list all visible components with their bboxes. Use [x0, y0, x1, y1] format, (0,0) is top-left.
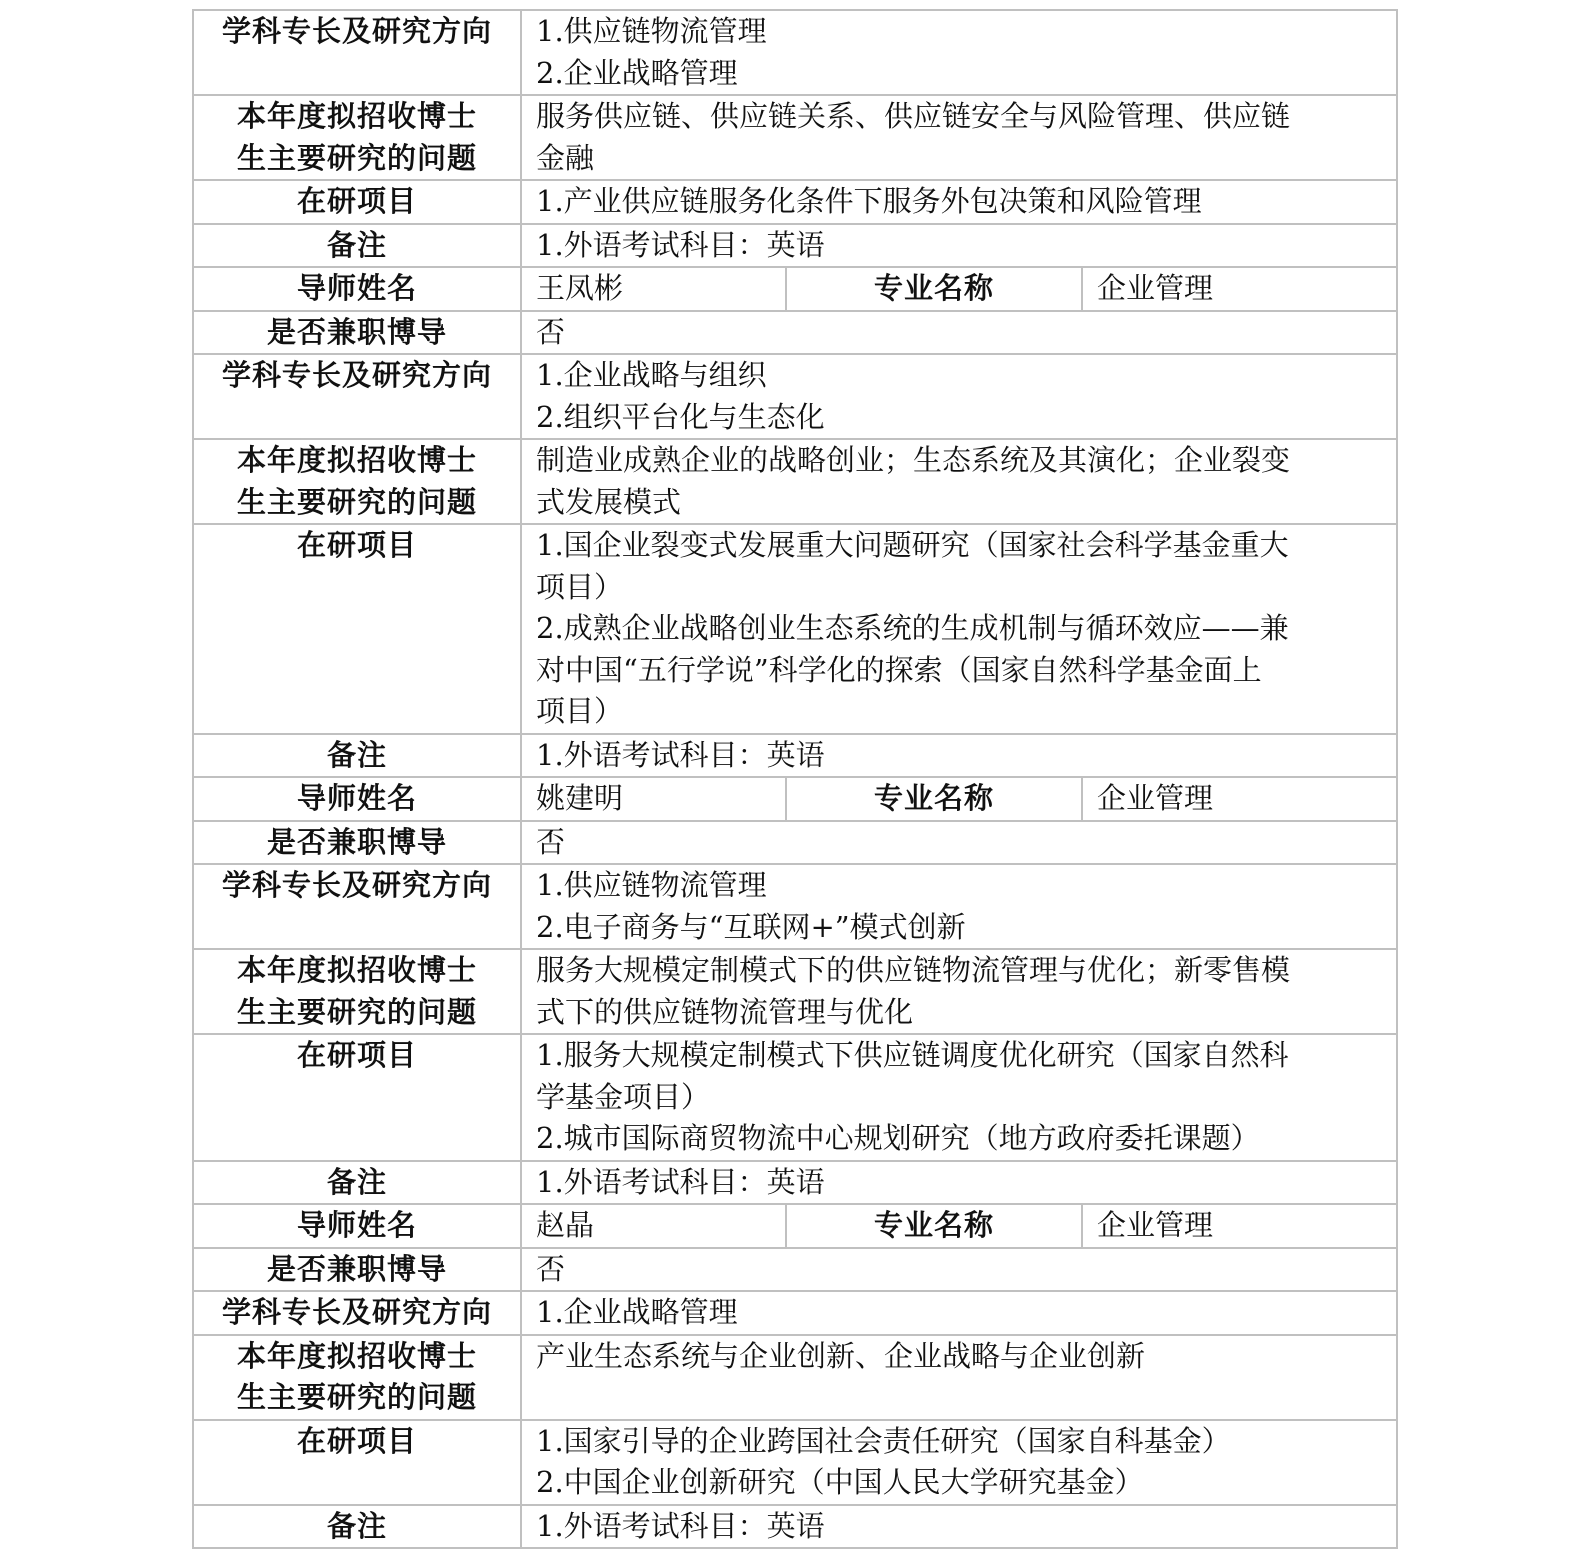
value-line: 2.城市国际商贸物流中心规划研究（地方政府委托课题）	[536, 1118, 1382, 1160]
table-row: 在研项目 1.产业供应链服务化条件下服务外包决策和风险管理	[193, 180, 1397, 224]
table-row: 学科专长及研究方向 1.供应链物流管理 2.企业战略管理	[193, 10, 1397, 95]
research-direction-label: 学科专长及研究方向	[193, 10, 521, 95]
table-row: 学科专长及研究方向 1.供应链物流管理 2.电子商务与“互联网+”模式创新	[193, 864, 1397, 949]
table-row: 导师姓名 姚建明 专业名称 企业管理	[193, 777, 1397, 821]
table-row: 是否兼职博导 否	[193, 311, 1397, 355]
ongoing-projects-label: 在研项目	[193, 524, 521, 734]
supervisor-name-value: 姚建明	[521, 777, 786, 821]
value-line: 1.国家引导的企业跨国社会责任研究（国家自科基金）	[536, 1421, 1382, 1463]
table-row: 备注 1.外语考试科目：英语	[193, 1505, 1397, 1549]
table-row: 学科专长及研究方向 1.企业战略管理	[193, 1291, 1397, 1335]
table-row: 是否兼职博导 否	[193, 821, 1397, 865]
remarks-value: 1.外语考试科目：英语	[521, 224, 1397, 268]
remarks-label: 备注	[193, 1505, 521, 1549]
research-questions-value: 制造业成熟企业的战略创业；生态系统及其演化；企业裂变 式发展模式	[521, 439, 1397, 524]
major-value: 企业管理	[1082, 267, 1397, 311]
research-questions-label: 本年度拟招收博士 生主要研究的问题	[193, 1335, 521, 1420]
label-line: 本年度拟招收博士	[198, 950, 516, 992]
supervisor-name-label: 导师姓名	[193, 777, 521, 821]
part-time-value: 否	[521, 821, 1397, 865]
value-line: 2.成熟企业战略创业生态系统的生成机制与循环效应——兼	[536, 608, 1382, 650]
value-line: 产业生态系统与企业创新、企业战略与企业创新	[536, 1336, 1382, 1378]
part-time-label: 是否兼职博导	[193, 821, 521, 865]
value-line: 1.企业战略与组织	[536, 355, 1382, 397]
research-direction-label: 学科专长及研究方向	[193, 354, 521, 439]
table-row: 本年度拟招收博士 生主要研究的问题 制造业成熟企业的战略创业；生态系统及其演化；…	[193, 439, 1397, 524]
table-row: 在研项目 1.国企业裂变式发展重大问题研究（国家社会科学基金重大 项目） 2.成…	[193, 524, 1397, 734]
major-value: 企业管理	[1082, 1204, 1397, 1248]
value-line: 服务供应链、供应链关系、供应链安全与风险管理、供应链	[536, 96, 1382, 138]
table-row: 本年度拟招收博士 生主要研究的问题 服务大规模定制模式下的供应链物流管理与优化；…	[193, 949, 1397, 1034]
remarks-label: 备注	[193, 734, 521, 778]
ongoing-projects-label: 在研项目	[193, 180, 521, 224]
value-line: 服务大规模定制模式下的供应链物流管理与优化；新零售模	[536, 950, 1382, 992]
supervisor-name-label: 导师姓名	[193, 1204, 521, 1248]
value-line: 式发展模式	[536, 482, 1382, 524]
part-time-label: 是否兼职博导	[193, 1248, 521, 1292]
major-label: 专业名称	[786, 267, 1082, 311]
value-line: 1.国企业裂变式发展重大问题研究（国家社会科学基金重大	[536, 525, 1382, 567]
research-questions-label: 本年度拟招收博士 生主要研究的问题	[193, 439, 521, 524]
major-label: 专业名称	[786, 777, 1082, 821]
research-direction-value: 1.企业战略管理	[521, 1291, 1397, 1335]
value-line: 2.组织平台化与生态化	[536, 397, 1382, 439]
table-row: 导师姓名 赵晶 专业名称 企业管理	[193, 1204, 1397, 1248]
research-direction-value: 1.供应链物流管理 2.企业战略管理	[521, 10, 1397, 95]
table-row: 本年度拟招收博士 生主要研究的问题 产业生态系统与企业创新、企业战略与企业创新	[193, 1335, 1397, 1420]
remarks-value: 1.外语考试科目：英语	[521, 1161, 1397, 1205]
label-line: 生主要研究的问题	[198, 992, 516, 1034]
value-line: 1.服务大规模定制模式下供应链调度优化研究（国家自然科	[536, 1035, 1382, 1077]
ongoing-projects-value: 1.国家引导的企业跨国社会责任研究（国家自科基金） 2.中国企业创新研究（中国人…	[521, 1420, 1397, 1505]
value-line: 对中国“五行学说”科学化的探索（国家自然科学基金面上	[536, 650, 1382, 692]
value-line: 2.电子商务与“互联网+”模式创新	[536, 907, 1382, 949]
ongoing-projects-value: 1.服务大规模定制模式下供应链调度优化研究（国家自然科 学基金项目） 2.城市国…	[521, 1034, 1397, 1161]
ongoing-projects-label: 在研项目	[193, 1034, 521, 1161]
remarks-value: 1.外语考试科目：英语	[521, 1505, 1397, 1549]
research-direction-value: 1.企业战略与组织 2.组织平台化与生态化	[521, 354, 1397, 439]
label-line: 生主要研究的问题	[198, 138, 516, 180]
remarks-value: 1.外语考试科目：英语	[521, 734, 1397, 778]
ongoing-projects-value: 1.产业供应链服务化条件下服务外包决策和风险管理	[521, 180, 1397, 224]
table-row: 在研项目 1.国家引导的企业跨国社会责任研究（国家自科基金） 2.中国企业创新研…	[193, 1420, 1397, 1505]
table-row: 本年度拟招收博士 生主要研究的问题 服务供应链、供应链关系、供应链安全与风险管理…	[193, 95, 1397, 180]
table-row: 备注 1.外语考试科目：英语	[193, 1161, 1397, 1205]
remarks-label: 备注	[193, 1161, 521, 1205]
table-row: 导师姓名 王凤彬 专业名称 企业管理	[193, 267, 1397, 311]
value-line: 2.中国企业创新研究（中国人民大学研究基金）	[536, 1462, 1382, 1504]
supervisor-table: 学科专长及研究方向 1.供应链物流管理 2.企业战略管理 本年度拟招收博士 生主…	[192, 9, 1398, 1549]
research-direction-line: 1.供应链物流管理	[536, 11, 1382, 53]
table-row: 在研项目 1.服务大规模定制模式下供应链调度优化研究（国家自然科 学基金项目） …	[193, 1034, 1397, 1161]
supervisor-name-value: 赵晶	[521, 1204, 786, 1248]
research-direction-label: 学科专长及研究方向	[193, 864, 521, 949]
supervisor-name-value: 王凤彬	[521, 267, 786, 311]
table-row: 备注 1.外语考试科目：英语	[193, 224, 1397, 268]
value-line: 学基金项目）	[536, 1077, 1382, 1119]
label-line: 生主要研究的问题	[198, 1377, 516, 1419]
label-line: 生主要研究的问题	[198, 482, 516, 524]
ongoing-projects-label: 在研项目	[193, 1420, 521, 1505]
ongoing-projects-value: 1.国企业裂变式发展重大问题研究（国家社会科学基金重大 项目） 2.成熟企业战略…	[521, 524, 1397, 734]
major-value: 企业管理	[1082, 777, 1397, 821]
value-line: 项目）	[536, 691, 1382, 733]
value-line: 1.企业战略管理	[536, 1292, 1382, 1334]
research-questions-value: 产业生态系统与企业创新、企业战略与企业创新	[521, 1335, 1397, 1420]
research-direction-value: 1.供应链物流管理 2.电子商务与“互联网+”模式创新	[521, 864, 1397, 949]
value-line: 1.产业供应链服务化条件下服务外包决策和风险管理	[536, 181, 1382, 223]
table-row: 是否兼职博导 否	[193, 1248, 1397, 1292]
table-row: 学科专长及研究方向 1.企业战略与组织 2.组织平台化与生态化	[193, 354, 1397, 439]
table-row: 备注 1.外语考试科目：英语	[193, 734, 1397, 778]
research-questions-value: 服务大规模定制模式下的供应链物流管理与优化；新零售模 式下的供应链物流管理与优化	[521, 949, 1397, 1034]
research-direction-label: 学科专长及研究方向	[193, 1291, 521, 1335]
part-time-value: 否	[521, 1248, 1397, 1292]
research-questions-label: 本年度拟招收博士 生主要研究的问题	[193, 949, 521, 1034]
research-questions-value: 服务供应链、供应链关系、供应链安全与风险管理、供应链 金融	[521, 95, 1397, 180]
label-line: 本年度拟招收博士	[198, 1336, 516, 1378]
value-line: 项目）	[536, 567, 1382, 609]
remarks-label: 备注	[193, 224, 521, 268]
research-questions-label: 本年度拟招收博士 生主要研究的问题	[193, 95, 521, 180]
label-line: 本年度拟招收博士	[198, 96, 516, 138]
value-line: 制造业成熟企业的战略创业；生态系统及其演化；企业裂变	[536, 440, 1382, 482]
part-time-label: 是否兼职博导	[193, 311, 521, 355]
label-line: 本年度拟招收博士	[198, 440, 516, 482]
research-direction-line: 2.企业战略管理	[536, 53, 1382, 95]
value-line: 1.供应链物流管理	[536, 865, 1382, 907]
value-line: 式下的供应链物流管理与优化	[536, 992, 1382, 1034]
supervisor-info-sheet: 学科专长及研究方向 1.供应链物流管理 2.企业战略管理 本年度拟招收博士 生主…	[192, 9, 1396, 1549]
part-time-value: 否	[521, 311, 1397, 355]
major-label: 专业名称	[786, 1204, 1082, 1248]
value-line: 金融	[536, 138, 1382, 180]
supervisor-name-label: 导师姓名	[193, 267, 521, 311]
